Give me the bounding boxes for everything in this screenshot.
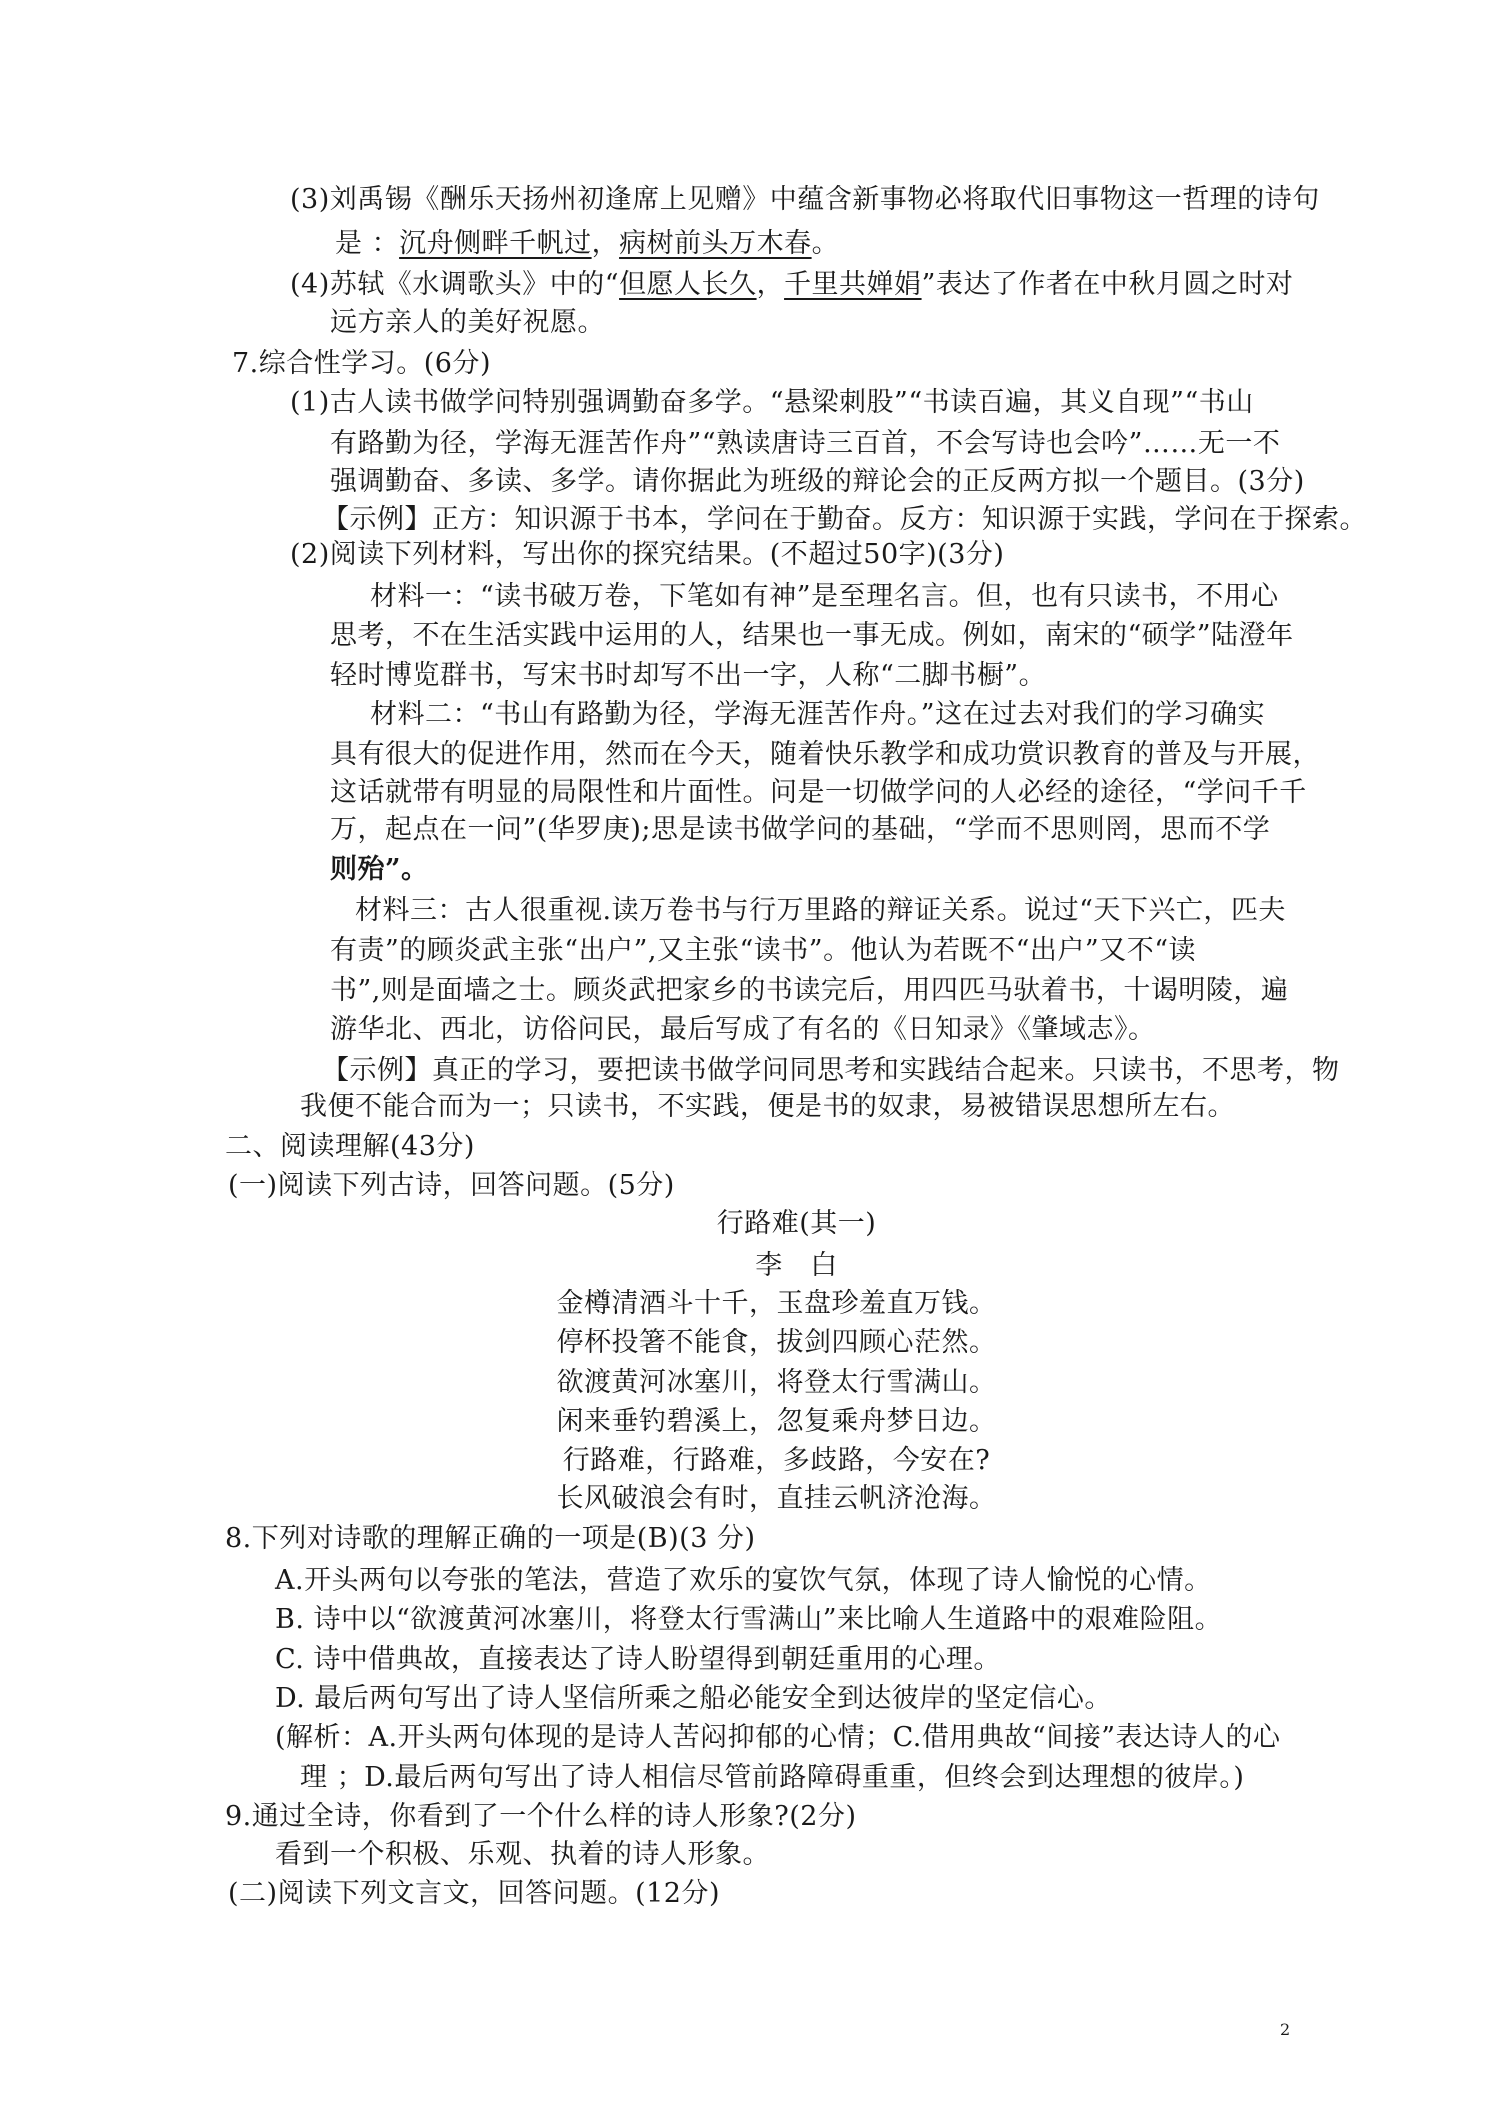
- q7-p1-line: 有路勤为径，学海无涯苦作舟”“熟读唐诗三百首，不会写诗也会吟”……无一不: [330, 427, 1280, 461]
- q9-answer: 看到一个积极、乐观、执着的诗人形象。: [275, 1838, 770, 1872]
- material2-line: 具有很大的促进作用，然而在今天，随着快乐教学和成功赏识教育的普及与开展，: [330, 738, 1320, 772]
- q8-option-a: A.开头两句以夸张的笔法，营造了欢乐的宴饮气氛，体现了诗人愉悦的心情。: [275, 1564, 1212, 1598]
- q6-item3-sep: ，: [592, 228, 620, 259]
- material3-line: 有责”的顾炎武主张“出户”,又主张“读书”。他认为若既不“出户”又不“读: [330, 934, 1196, 968]
- material2-line: 材料二：“书山有路勤为径，学海无涯苦作舟。”这在过去对我们的学习确实: [370, 698, 1265, 732]
- material3-line: 游华北、西北，访俗问民，最后写成了有名的《日知录》《肇域志》。: [330, 1013, 1156, 1047]
- poem-author: 李 白: [0, 1249, 1493, 1283]
- q8-title: 8.下列对诗歌的理解正确的一项是(B)(3 分): [225, 1522, 756, 1556]
- poem-line: 金樽清酒斗十千，玉盘珍羞直万钱。: [0, 1287, 1493, 1321]
- material2-last-line: 则殆”。: [330, 853, 429, 887]
- material1-line: 轻时博览群书，写宋书时却写不出一字，人称“二脚书橱”。: [330, 659, 1046, 693]
- q7-title: 7.综合性学习。(6分): [232, 347, 491, 381]
- q8-analysis-line: (解析：A.开头两句体现的是诗人苦闷抑郁的心情；C.借用典故“间接”表达诗人的心: [275, 1721, 1281, 1755]
- material3-line: 书”,则是面墙之士。顾炎武把家乡的书读完后，用四匹马驮着书，十谒明陵，遍: [330, 974, 1288, 1008]
- q6-item3-line1: (3)刘禹锡《酬乐天扬州初逢席上见赠》中蕴含新事物必将取代旧事物这一哲理的诗句: [290, 183, 1320, 217]
- q8-option-c: C. 诗中借典故，直接表达了诗人盼望得到朝廷重用的心理。: [275, 1643, 1001, 1677]
- q6-item3-line2: 是 ：沉舟侧畔千帆过，病树前头万木春。: [335, 227, 839, 261]
- q6-item3-answer-a: 沉舟侧畔千帆过: [399, 228, 592, 259]
- poem-line: 行路难，行路难，多歧路，今安在?: [0, 1444, 1493, 1478]
- q6-item3-prefix: 是 ：: [335, 228, 399, 259]
- part1-title: (一)阅读下列古诗，回答问题。(5分): [228, 1169, 675, 1203]
- q6-item4-answer-a: 但愿人长久: [619, 269, 757, 300]
- poem-line: 闲来垂钓碧溪上，忽复乘舟梦日边。: [0, 1405, 1493, 1439]
- q7-p2-example-line: 【示例】真正的学习，要把读书做学问同思考和实践结合起来。只读书，不思考，物: [322, 1054, 1340, 1088]
- q8-analysis-line: 理 ；D.最后两句写出了诗人相信尽管前路障碍重重，但终会到达理想的彼岸。): [300, 1761, 1244, 1795]
- q6-item4-sep: ，: [757, 269, 785, 300]
- material1-line: 思考，不在生活实践中运用的人，结果也一事无成。例如，南宋的“硕学”陆澄年: [330, 619, 1294, 653]
- q6-item4-answer-b: 千里共婵娟: [784, 269, 922, 300]
- q6-item4-prefix: (4)苏轼《水调歌头》中的“: [290, 269, 619, 300]
- q7-p2-title: (2)阅读下列材料，写出你的探究结果。(不超过50字)(3分): [290, 538, 1004, 572]
- q7-p1-example: 【示例】正方：知识源于书本，学问在于勤奋。反方：知识源于实践，学问在于探索。: [322, 503, 1367, 537]
- part2-title: (二)阅读下列文言文，回答问题。(12分): [228, 1877, 720, 1911]
- q7-p1-line: (1)古人读书做学问特别强调勤奋多学。“悬梁刺股”“书读百遍，其义自现”“书山: [290, 386, 1254, 420]
- page-number: 2: [1280, 2020, 1290, 2039]
- poem-line: 欲渡黄河冰塞川，将登太行雪满山。: [0, 1366, 1493, 1400]
- q7-p1-line: 强调勤奋、多读、多学。请你据此为班级的辩论会的正反两方拟一个题目。(3分): [330, 465, 1305, 499]
- q6-item3-end: 。: [812, 228, 840, 259]
- q9-title: 9.通过全诗，你看到了一个什么样的诗人形象?(2分): [225, 1800, 856, 1834]
- q8-option-b: B. 诗中以“欲渡黄河冰塞川，将登太行雪满山”来比喻人生道路中的艰难险阻。: [275, 1603, 1222, 1637]
- material2-line: 万，起点在一问”(华罗庚);思是读书做学问的基础，“学而不思则罔，思而不学: [330, 813, 1270, 847]
- material2-line: 这话就带有明显的局限性和片面性。问是一切做学问的人必经的途径，“学问千千: [330, 776, 1307, 810]
- q6-item4-suffix: ”表达了作者在中秋月圆之时对: [922, 269, 1294, 300]
- q8-option-d: D. 最后两句写出了诗人坚信所乘之船必能安全到达彼岸的坚定信心。: [275, 1682, 1112, 1716]
- q7-p2-example-line: 我便不能合而为一；只读书，不实践，便是书的奴隶，易被错误思想所左右。: [300, 1090, 1235, 1124]
- poem-line: 停杯投箸不能食，拔剑四顾心茫然。: [0, 1326, 1493, 1360]
- poem-line: 长风破浪会有时，直挂云帆济沧海。: [0, 1482, 1493, 1516]
- q6-item4-line1: (4)苏轼《水调歌头》中的“但愿人长久，千里共婵娟”表达了作者在中秋月圆之时对: [290, 268, 1293, 302]
- material3-line: 材料三：古人很重视.读万卷书与行万里路的辩证关系。说过“天下兴亡，匹夫: [355, 894, 1286, 928]
- material1-line: 材料一：“读书破万卷，下笔如有神”是至理名言。但，也有只读书，不用心: [370, 580, 1279, 614]
- q6-item3-answer-b: 病树前头万木春: [619, 228, 812, 259]
- section2-title: 二、阅读理解(43分): [225, 1130, 475, 1164]
- poem-title: 行路难(其一): [0, 1207, 1493, 1241]
- q6-item4-line2: 远方亲人的美好祝愿。: [330, 306, 605, 340]
